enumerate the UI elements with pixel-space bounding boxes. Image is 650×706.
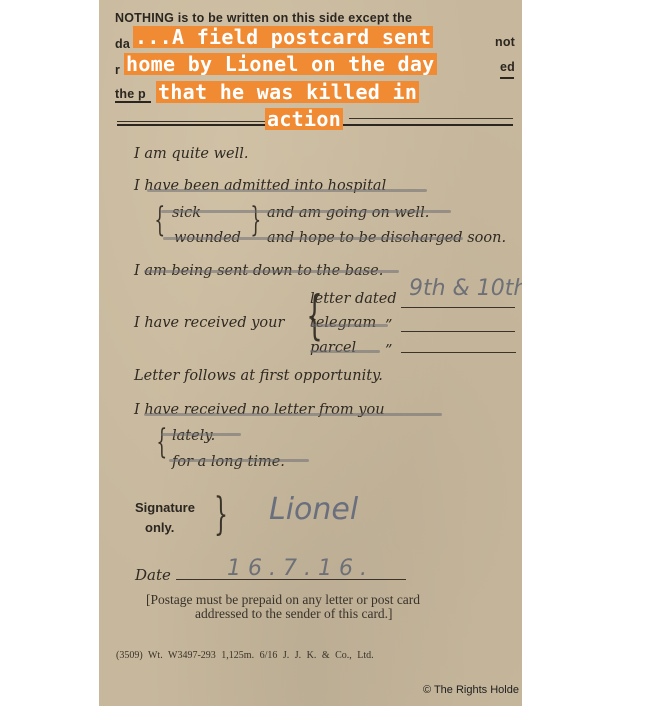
statement-long-time: for a long time. (172, 454, 285, 470)
date-handwritten: 16.7.16. (227, 556, 374, 581)
pencil-strike (163, 237, 463, 240)
pencil-strike (169, 459, 309, 462)
pencil-strike (144, 270, 399, 273)
statement-telegram: telegram (310, 315, 376, 331)
divider-rule-right (349, 118, 513, 119)
brace-left: { (154, 203, 165, 237)
caption-line-1: ...A field postcard sent (133, 26, 433, 48)
header-line-3-right: ed (500, 60, 515, 74)
parcel-line (401, 352, 516, 353)
header-underline-2 (115, 101, 151, 103)
header-underline (500, 77, 514, 79)
pencil-strike (144, 413, 442, 416)
statement-letter-dated: letter dated (310, 291, 397, 307)
divider-rule-top (117, 121, 267, 122)
brace-lately: { (156, 425, 167, 459)
signature-label-only: only. (145, 520, 174, 535)
telegram-line (401, 331, 515, 332)
caption-line-2: home by Lionel on the day (124, 53, 437, 75)
pencil-strike (161, 210, 451, 213)
statement-sick: sick (172, 205, 201, 221)
ditto-mark: ” (385, 343, 392, 359)
statement-lately: lately. (172, 428, 215, 444)
header-text: NOTHING is to be written on this side ex… (115, 11, 412, 25)
signature-brace: } (214, 493, 228, 537)
brace-right: } (250, 203, 261, 237)
field-postcard: NOTHING is to be written on this side ex… (99, 0, 522, 706)
statement-parcel: parcel (310, 340, 356, 356)
statement-quite-well: I am quite well. (134, 146, 249, 162)
letter-dated-line (401, 307, 515, 308)
printer-imprint: (3509) Wt. W3497-293 1,125m. 6/16 J. J. … (116, 650, 374, 661)
copyright-notice: © The Rights Holde (423, 684, 519, 696)
signature-label: Signature (135, 500, 195, 515)
signature-handwritten: Lionel (269, 492, 358, 527)
statement-going-on-well: and am going on well. (267, 205, 429, 221)
header-line-3-left: r (115, 63, 120, 77)
header-line-1: NOTHING is to be written on this side ex… (115, 11, 412, 25)
statement-letter-follows: Letter follows at first opportunity. (134, 368, 383, 384)
caption-line-3: that he was killed in (156, 81, 419, 103)
header-line-2-left: da (115, 37, 130, 51)
letter-dated-handwritten: 9th & 10th (409, 276, 522, 301)
date-label: Date (135, 566, 171, 584)
header-line-2-right: not (495, 35, 515, 49)
postage-note-line-2: addressed to the sender of this card.] (195, 606, 393, 622)
statement-received-your: I have received your (134, 315, 284, 331)
header-line-4-left: the p (115, 87, 146, 101)
pencil-strike (161, 433, 241, 436)
pencil-strike (147, 189, 427, 192)
pencil-strike (310, 350, 380, 353)
pencil-strike (310, 324, 388, 327)
caption-line-4: action (265, 108, 343, 130)
